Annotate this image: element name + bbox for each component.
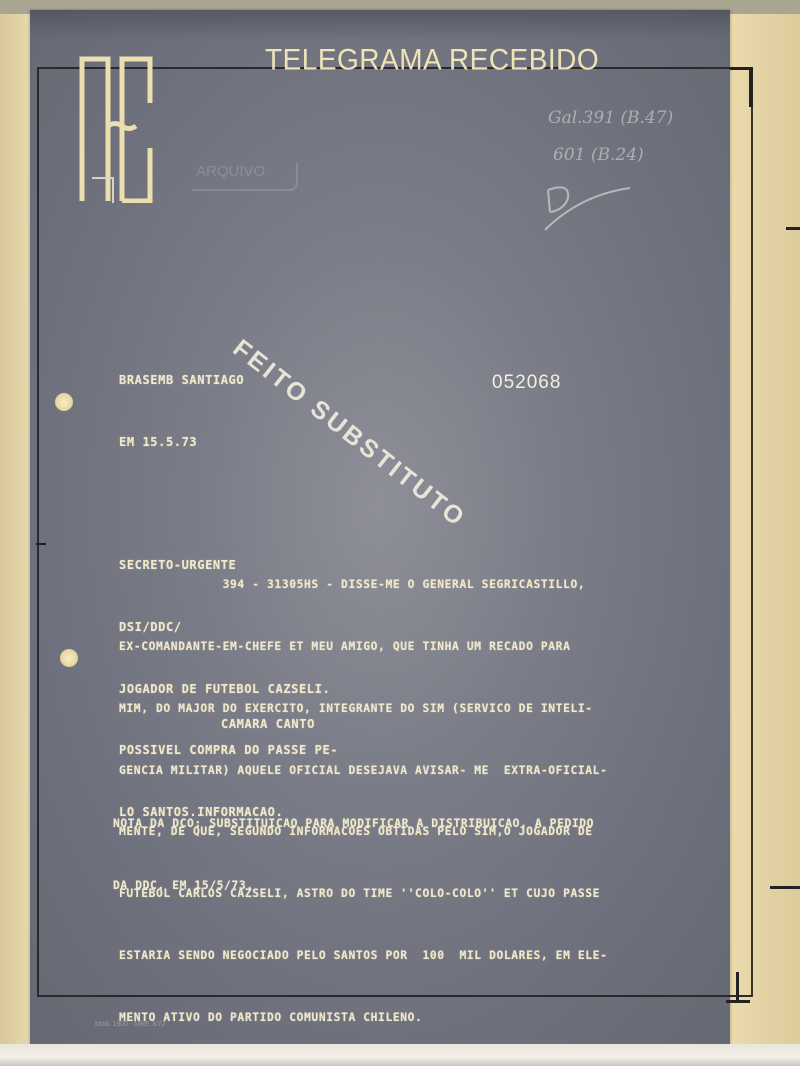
fold-mark: [36, 543, 46, 545]
form-print-code: Mod. 1900 - MRE 3/72: [95, 1021, 165, 1028]
punch-hole: [55, 393, 73, 411]
punch-hole: [60, 649, 78, 667]
signature: CAMARA CANTO: [221, 714, 315, 735]
sheet-shadow: [30, 10, 730, 40]
body-line: ESTARIA SENDO NEGOCIADO PELO SANTOS POR …: [119, 946, 608, 967]
frame-corner-mark: [736, 972, 739, 1002]
date: EM 15.5.73: [119, 432, 338, 453]
handwritten-initial-icon: [540, 180, 640, 235]
origin: BRASEMB SANTIAGO: [119, 370, 338, 391]
handwritten-reference-2: 601 (B.24): [553, 145, 644, 165]
body-line: MENTO ATIVO DO PARTIDO COMUNISTA CHILENO…: [119, 1008, 608, 1029]
faint-archive-stamp: ARQUIVO: [192, 163, 298, 191]
re-logo-icon: [77, 53, 155, 203]
note-line: DA DDC. EM 15/5/73.: [113, 876, 594, 897]
form-title: TELEGRAMA RECEBIDO: [265, 43, 599, 77]
edge-mark: [770, 886, 800, 889]
bottom-edge: [0, 1044, 800, 1066]
frame-right-edge: [751, 67, 753, 997]
body-line: 394 - 31305HS - DISSE-ME O GENERAL SEGRI…: [119, 575, 608, 596]
body-line: MIM, DO MAJOR DO EXERCITO, INTEGRANTE DO…: [119, 699, 608, 720]
edge-mark: [786, 227, 800, 230]
note-line: NOTA DA DCO: SUBSTITUICAO PARA MODIFICAR…: [113, 814, 594, 835]
handwritten-reference-1: Gal.391 (B.47): [548, 108, 673, 128]
telegram-number: 052068: [492, 372, 561, 394]
frame-corner-mark: [749, 67, 753, 107]
body-line: EX-COMANDANTE-EM-CHEFE ET MEU AMIGO, QUE…: [119, 637, 608, 658]
dco-note: NOTA DA DCO: SUBSTITUICAO PARA MODIFICAR…: [113, 773, 594, 917]
